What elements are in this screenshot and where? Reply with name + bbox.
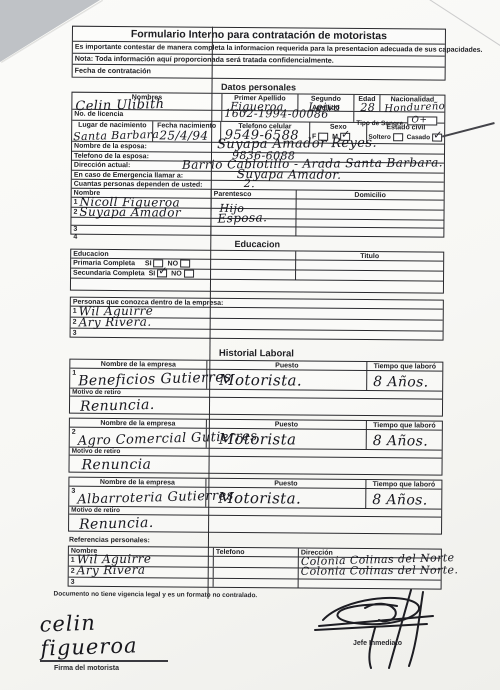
- tiempo-value: 8 Años.: [367, 434, 428, 448]
- secundaria-si-label: SI: [149, 270, 156, 277]
- tiempo-value: 8 Años.: [366, 493, 427, 507]
- historial-block: Nombre de la empresa Puesto Tiempo que l…: [68, 477, 442, 535]
- dependiente-domicilio-cell: [297, 199, 444, 209]
- motivo-value: Renuncia.: [69, 516, 154, 532]
- checkbox-casado: ✓: [432, 134, 442, 142]
- puesto-col-label: Puesto: [207, 420, 367, 429]
- jefe-signature-block: Jefe Inmediato: [305, 588, 455, 673]
- referencia-row: 3: [69, 578, 441, 589]
- puesto-cell: Motorista: [207, 429, 367, 449]
- secundaria-cell: Secundaria Completa SI✓ NO: [71, 269, 296, 280]
- checkbox-secundaria-si: ✓: [157, 270, 167, 278]
- emergencia-label: En caso de Emergencia llamar a:: [72, 171, 222, 180]
- referencias-table: Nombre Telefono Dirección 1Wil Aguirre C…: [68, 546, 442, 590]
- conocidos-box: Personas que conozca dentro de la empres…: [70, 297, 444, 341]
- estado-civil-options: Soltero Casado✓: [367, 133, 444, 142]
- esposa-label: Nombre de la esposa:: [72, 142, 212, 152]
- historial-value-row: 1Beneficios Gutierres Motorista. 8 Años.: [70, 369, 442, 392]
- empresa-cell: 3Albarroteria Gutierres: [69, 487, 206, 507]
- dependiente-parentesco-cell: Esposa.: [211, 209, 296, 219]
- puesto-cell: Motorista.: [206, 488, 366, 508]
- field-lugar-nacimiento: Lugar de nacimiento Santa Barbara: [72, 121, 153, 142]
- primaria-label: Primaria Completa: [73, 260, 135, 267]
- dependiente-row: 4: [71, 226, 443, 237]
- primaria-titulo-cell: [296, 260, 443, 270]
- primaria-si-label: SI: [145, 260, 152, 267]
- row-number: 1: [71, 307, 79, 317]
- dependiente-nombre-cell: 4: [71, 226, 211, 235]
- empresa-col-label: Nombre de la empresa: [70, 419, 207, 428]
- scanned-document: Formulario Interno para contratación de …: [0, 0, 500, 690]
- field-estado-civil: Estado civil Soltero Casado✓: [367, 123, 444, 144]
- motorista-signature-block: celin figueroa Firma del motorista: [40, 610, 190, 672]
- historial-block: Nombre de la empresa Puesto Tiempo que l…: [69, 359, 443, 417]
- fecha-contratacion-row: Fecha de contratación: [73, 65, 445, 80]
- motivo-value-row: Renuncia: [69, 456, 441, 475]
- row-number: 3: [69, 487, 77, 506]
- tiempo-cell: 8 Años.: [367, 430, 442, 450]
- conocido-nombre: Ary Rivera.: [79, 316, 152, 329]
- tiempo-cell: 8 Años.: [367, 371, 442, 391]
- dependiente-parentesco-cell: Hijo: [212, 199, 297, 209]
- dependiente-domicilio-cell: [296, 209, 443, 219]
- educacion-table: Educacion Titulo Primaria Completa SI NO…: [70, 249, 444, 294]
- puesto-value: Motorista.: [207, 373, 302, 389]
- referencia-nombre-cell: 2Ary Rivera: [69, 567, 214, 578]
- dependiente-domicilio-cell: [296, 219, 443, 227]
- signature-line: [40, 660, 168, 662]
- tiempo-col-label: Tiempo que laboró: [366, 480, 441, 489]
- dependiente-parentesco-cell: [211, 227, 296, 236]
- checkbox-soltero: [393, 133, 403, 141]
- row-number: 1: [69, 556, 77, 566]
- licencia-value: 1602-1994-00086: [224, 108, 329, 120]
- jefe-signature-scribble: [305, 588, 455, 673]
- referencia-direccion-cell: Colonia Colinas del Norte.: [299, 568, 441, 579]
- row-number: 2: [70, 428, 78, 447]
- field-nacionalidad: Nacionalidad Hondureño: [380, 95, 444, 112]
- row-number: 1: [70, 369, 78, 388]
- secundaria-titulo-cell: [296, 270, 443, 280]
- dependiente-nombre-cell: 3: [71, 218, 211, 226]
- puesto-value: Motorista: [207, 432, 297, 448]
- checkbox-primaria-no: [180, 260, 190, 268]
- motorista-signature-label: Firma del motorista: [54, 665, 190, 672]
- dependiente-nombre-cell: 2Suyapa Amador: [72, 208, 212, 218]
- historial-value-row: 3Albarroteria Gutierres Motorista. 8 Año…: [69, 487, 441, 510]
- row-number: 2: [71, 318, 79, 328]
- row-number: 3: [71, 329, 79, 337]
- casado-label: Casado: [407, 134, 431, 141]
- motorista-signature: celin figueroa: [39, 607, 191, 660]
- referencias-col-telefono: Telefono: [214, 548, 299, 557]
- dependen-value: 2.: [244, 178, 255, 189]
- referencia-telefono-cell: [214, 568, 299, 579]
- puesto-col-label: Puesto: [207, 361, 367, 370]
- direccion-label: Dirección actual:: [72, 161, 177, 171]
- dependen-label: Cuantas personas dependen de usted:: [72, 180, 232, 189]
- secundaria-label: Secundaria Completa: [73, 270, 145, 278]
- tiempo-col-label: Tiempo que laboró: [367, 421, 442, 430]
- dependientes-col-domicilio: Domicilio: [297, 190, 444, 199]
- checkbox-secundaria-no: [184, 270, 194, 278]
- lugar-nacimiento-value: Santa Barbara: [73, 129, 159, 142]
- edad-value: 28: [360, 102, 375, 113]
- dependiente-parentesco-cell: [211, 219, 296, 227]
- conocido-row: 3: [71, 329, 443, 340]
- empresa-cell: 1Beneficios Gutierres: [70, 369, 207, 389]
- dependiente-nombre: Suyapa Amador: [79, 206, 181, 218]
- referencia-nombre: Ary Rivera: [77, 564, 146, 578]
- motivo-value: Renuncia: [69, 458, 151, 473]
- empresa-cell: 2Agro Comercial Gutierres: [70, 428, 207, 448]
- titulo-col-label: Titulo: [296, 251, 443, 260]
- empresa-col-label: Nombre de la empresa: [69, 478, 206, 487]
- secundaria-si-checkmark: ✓: [158, 266, 167, 277]
- tiempo-cell: 8 Años.: [366, 489, 441, 509]
- historial-value-row: 2Agro Comercial Gutierres Motorista 8 Añ…: [70, 428, 442, 451]
- sexo-label: Sexo: [310, 123, 367, 132]
- row-number: 3: [69, 578, 77, 586]
- tiempo-value: 8 Años.: [367, 375, 428, 389]
- dependientes-col-parentesco: Parentesco: [212, 190, 297, 199]
- field-edad: Edad 28: [354, 95, 380, 111]
- secundaria-no-label: NO: [171, 270, 182, 277]
- motivo-value-row: Renuncia.: [69, 515, 441, 534]
- historial-block: Nombre de la empresa Puesto Tiempo que l…: [68, 418, 442, 476]
- primaria-no-label: NO: [167, 260, 178, 267]
- datos-personales-table: Nombres Celin Ulibith Primer Apellido Fi…: [70, 92, 445, 238]
- field-fecha-nacimiento: Fecha nacimiento 25/4/94: [153, 121, 221, 142]
- motivo-value-row: Renuncia.: [70, 397, 442, 416]
- puesto-value: Motorista.: [206, 491, 301, 507]
- fecha-nacimiento-value: 25/4/94: [159, 129, 208, 141]
- dependiente-domicilio-cell: [296, 227, 443, 236]
- form-body: Formulario Interno para contratación de …: [68, 26, 446, 601]
- row-number: 4: [71, 233, 79, 241]
- row-number: 2: [72, 208, 80, 217]
- motivo-value: Renuncia.: [70, 398, 155, 414]
- primaria-cell: Primaria Completa SI NO: [71, 259, 296, 270]
- empresa-col-label: Nombre de la empresa: [70, 360, 207, 369]
- field-nombres: Nombres Celin Ulibith: [72, 93, 222, 110]
- referencia-direccion: Colonia Colinas del Norte.: [301, 564, 459, 577]
- tiempo-col-label: Tiempo que laboró: [367, 362, 442, 371]
- puesto-col-label: Puesto: [206, 479, 366, 488]
- fecha-contratacion-label: Fecha de contratación: [75, 66, 151, 76]
- referencia-nombre-cell: 3: [69, 578, 214, 587]
- form-header-box: Formulario Interno para contratación de …: [72, 26, 446, 81]
- nombres-value: Celin Ulibith: [75, 98, 164, 113]
- referencia-telefono-cell: [214, 579, 299, 588]
- referencia-telefono-cell: [214, 557, 299, 568]
- row-number: 2: [69, 567, 77, 577]
- puesto-cell: Motorista.: [207, 370, 367, 390]
- row-number: 1: [72, 198, 80, 207]
